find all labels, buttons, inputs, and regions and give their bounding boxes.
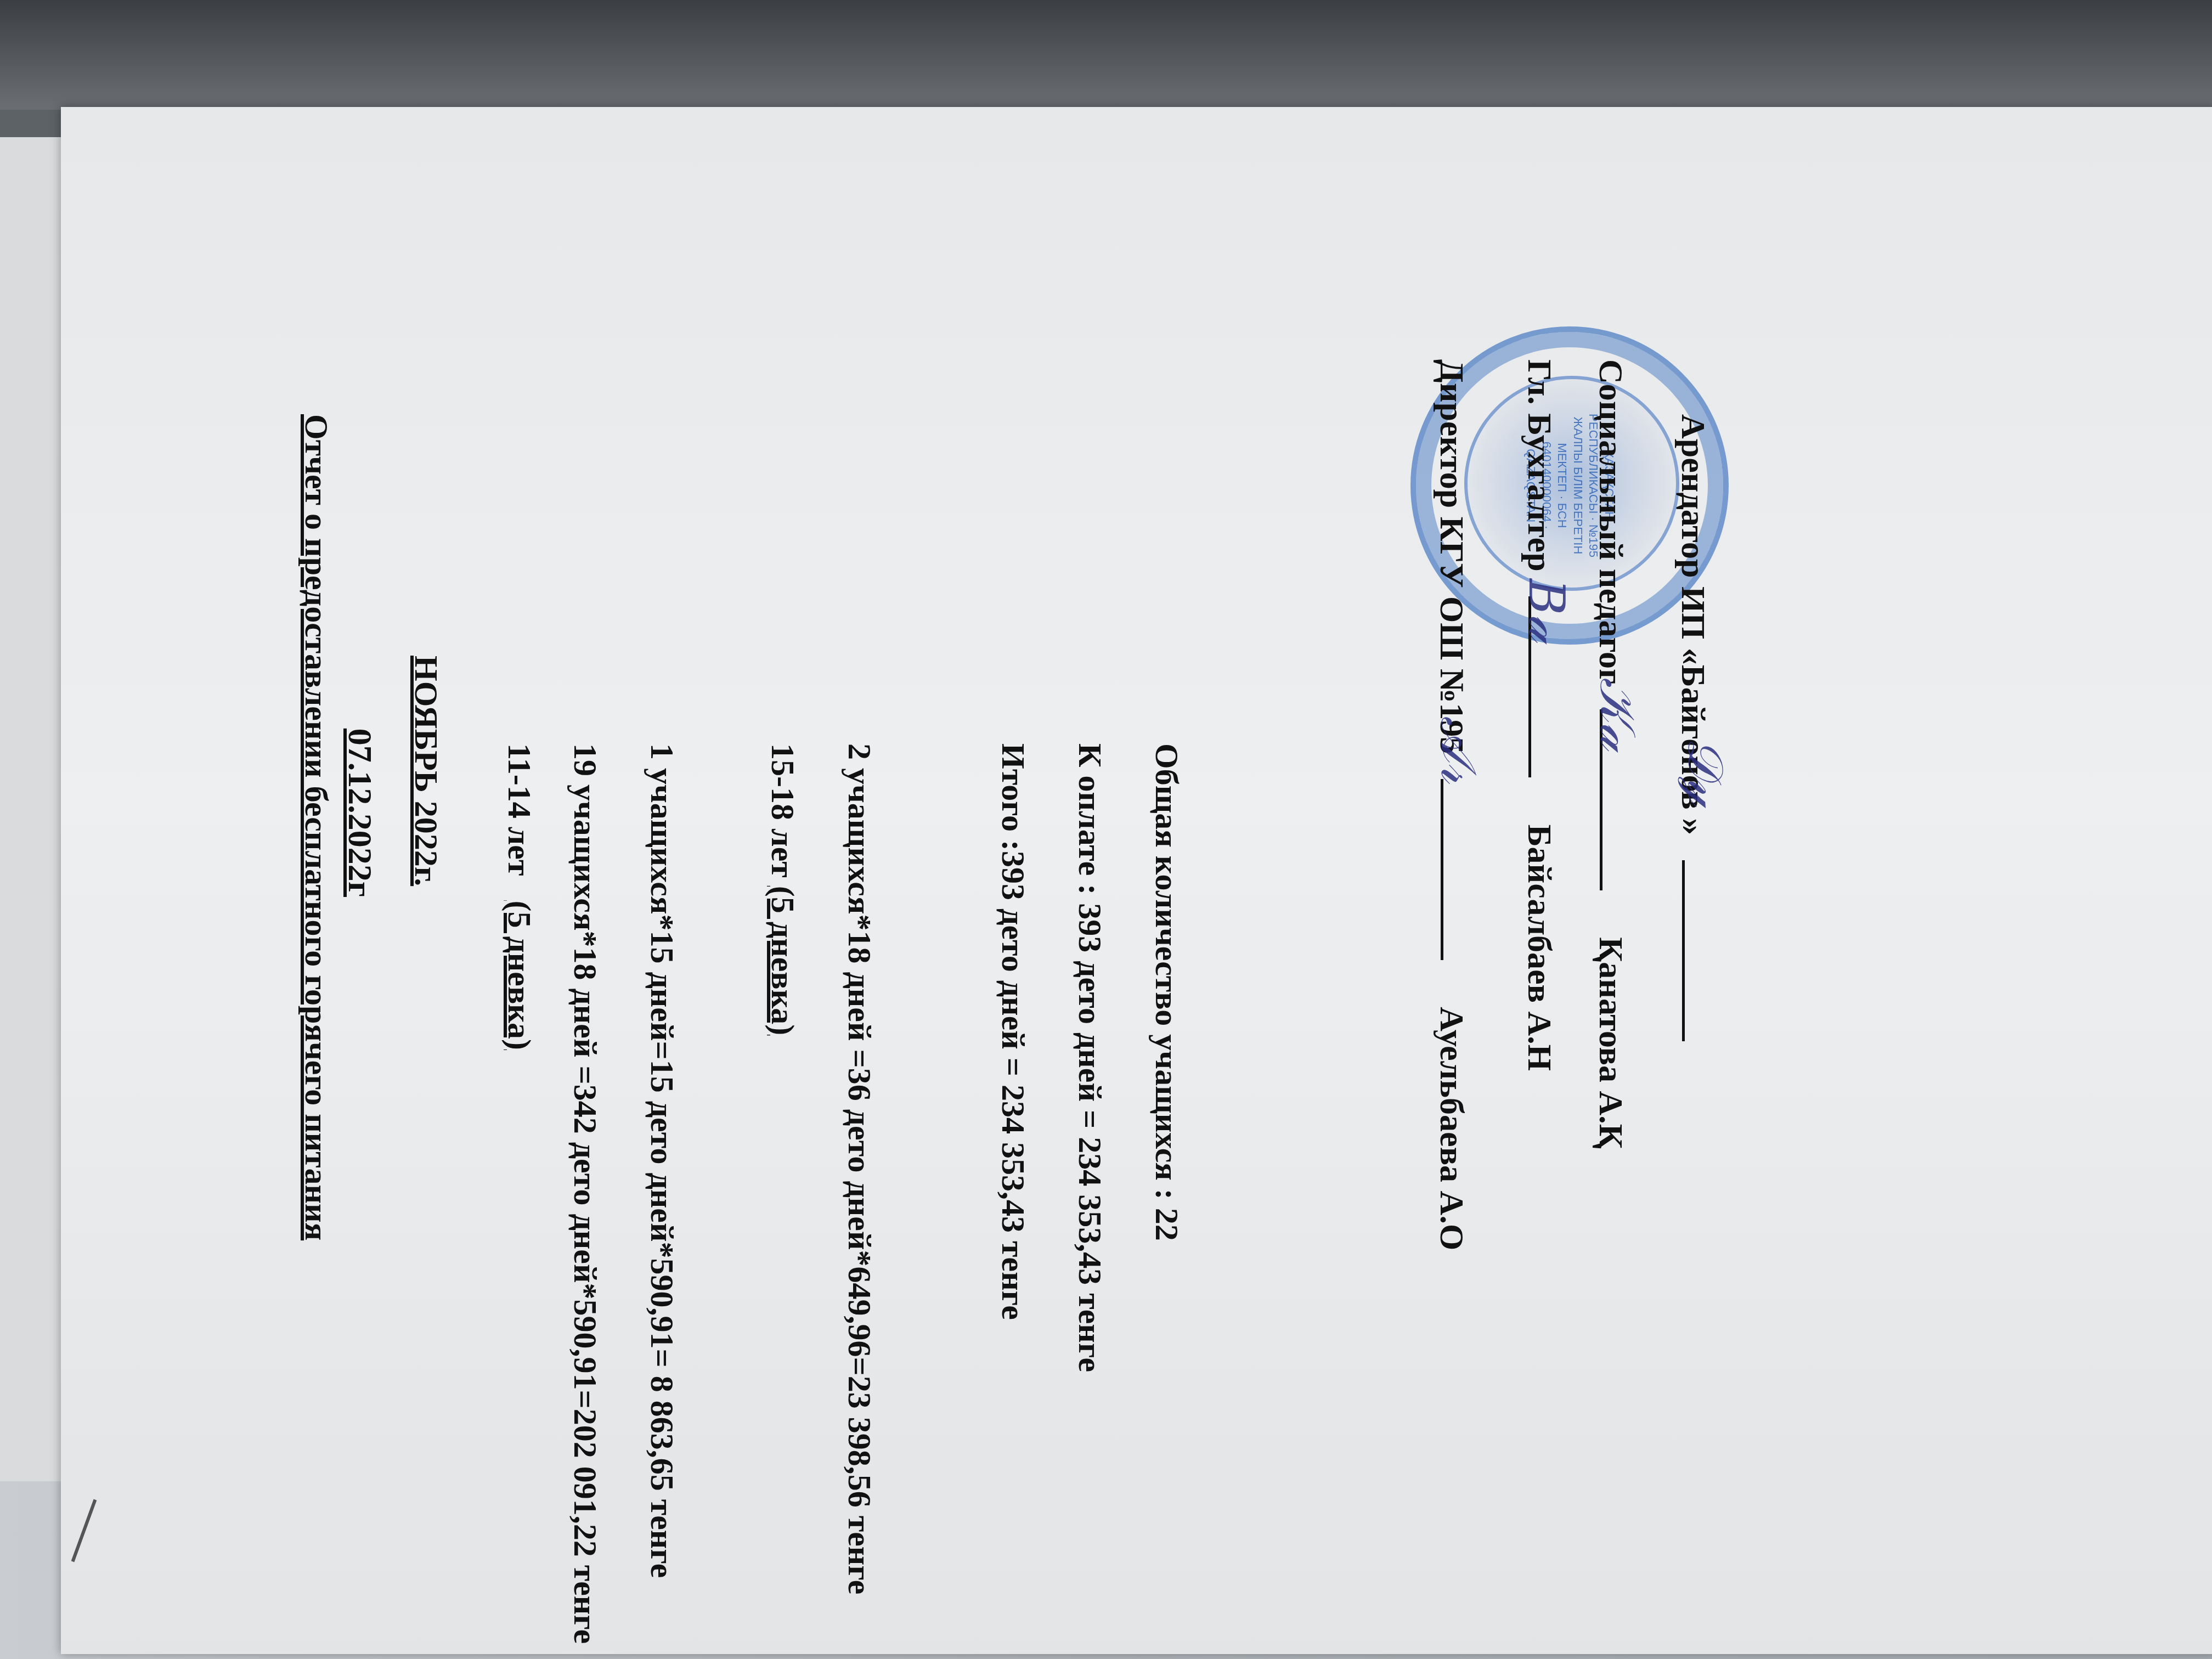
desk-background bbox=[0, 0, 2212, 110]
report-content: 07.12.2022г Отчет о предоставлении беспл… bbox=[61, 107, 2212, 1654]
document-date: 07.12.2022г bbox=[340, 729, 379, 897]
report-title: Отчет о предоставлении бесплатного горяч… bbox=[297, 414, 335, 1240]
signature-director: Директор КГУ ОШ №195 Ауельбаева А.О bbox=[1432, 359, 1471, 1250]
payable-line: К оплате : 393 дето дней = 234 353,43 те… bbox=[1071, 743, 1109, 1372]
report-month: НОЯБРЬ 2022г. bbox=[407, 656, 445, 886]
report-page: 07.12.2022г Отчет о предоставлении беспл… bbox=[61, 107, 2212, 1654]
handwritten-signature-icon: 𝐵𝒶 bbox=[1517, 579, 1575, 642]
handwritten-signature-icon: 𝒜𝓇 bbox=[1429, 716, 1487, 783]
total-line: Итого :393 дето дней = 234 353,43 тенге bbox=[994, 743, 1032, 1320]
calc-row: 19 учащихся*18 дней =342 дето дней*590,9… bbox=[566, 743, 604, 1644]
signature-social-pedagogue: Социальный педагог Қанатова А.Қ bbox=[1591, 359, 1630, 1149]
student-count-line: Общая количество учащихся : 22 bbox=[1148, 743, 1186, 1241]
calc-row: 2 учащихся*18 дней =36 дето дней*649,96=… bbox=[840, 743, 878, 1594]
handwritten-signature-icon: 𝒟𝓎 bbox=[1676, 738, 1734, 806]
signature-tenant: Арендатор ИП «Байгонов » bbox=[1673, 414, 1712, 1058]
handwritten-signature-icon: 𝒦𝒶 bbox=[1588, 678, 1646, 751]
age-group-heading: 15-18 лет (5 дневка) bbox=[764, 743, 802, 1035]
signature-line bbox=[1682, 860, 1707, 1041]
signature-accountant: Гл. Бухгалтер Байсалбаев А.Н bbox=[1520, 359, 1559, 1071]
signature-line bbox=[1441, 779, 1465, 960]
age-group-heading: 11-14 лет (5 дневка) bbox=[500, 743, 538, 1050]
calc-row: 1 учащихся*15 дней=15 дето дней*590,91= … bbox=[643, 743, 681, 1578]
